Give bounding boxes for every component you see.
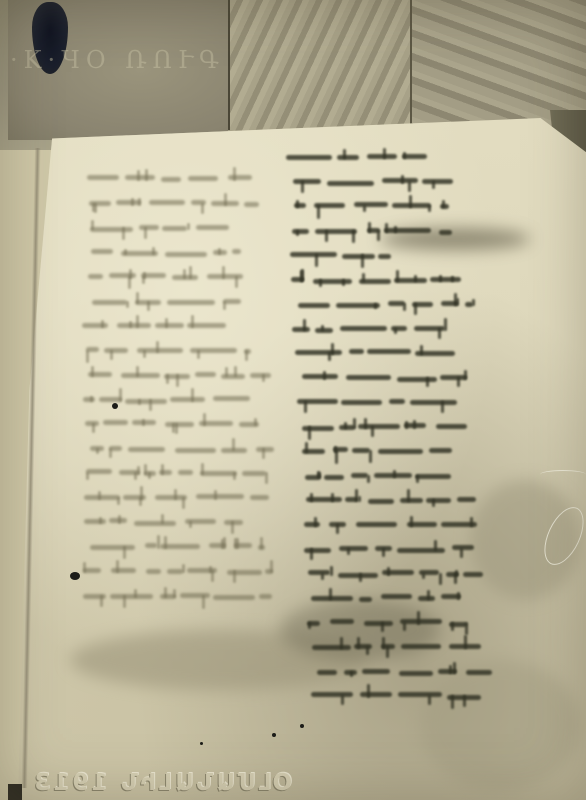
speck — [300, 724, 304, 728]
manuscript-line — [82, 438, 282, 463]
manuscript-line — [82, 340, 282, 365]
manuscript-line — [82, 291, 282, 316]
manuscript-line — [82, 536, 282, 561]
board-seam — [410, 0, 412, 130]
manuscript-line — [82, 560, 282, 585]
manuscript-line — [82, 168, 282, 193]
manuscript-line — [82, 315, 282, 340]
manuscript-line — [284, 489, 514, 514]
manuscript-line — [284, 244, 514, 269]
board-engraving: ·K·ЧՕ ՌՈՒԳ — [10, 46, 225, 74]
manuscript-line — [284, 220, 514, 245]
speck — [70, 572, 80, 580]
manuscript-line — [82, 462, 282, 487]
manuscript-line — [284, 636, 514, 661]
manuscript-line — [284, 367, 514, 392]
manuscript-line — [82, 389, 282, 414]
manuscript-line — [284, 661, 514, 686]
text-column-right — [284, 146, 514, 710]
speck — [112, 403, 118, 409]
manuscript-line — [284, 465, 514, 490]
manuscript-line — [82, 242, 282, 267]
manuscript-line — [82, 585, 282, 610]
board-seam — [228, 0, 230, 130]
manuscript-line — [284, 171, 514, 196]
manuscript-line — [284, 293, 514, 318]
manuscript-line — [284, 538, 514, 563]
manuscript-line — [284, 563, 514, 588]
manuscript-line — [284, 685, 514, 710]
manuscript-line — [284, 514, 514, 539]
manuscript-line — [284, 269, 514, 294]
speck — [272, 733, 276, 737]
manuscript-line — [82, 266, 282, 291]
manuscript-line — [284, 440, 514, 465]
emulsion-scratch — [540, 470, 586, 479]
manuscript-line — [82, 413, 282, 438]
manuscript-line — [284, 318, 514, 343]
manuscript-line — [82, 193, 282, 218]
manuscript-line — [284, 195, 514, 220]
text-column-left — [82, 168, 282, 609]
manuscript-photograph: ·K·ЧՕ ՌՈՒԳ ՕԼՄԱՆԱԼԻՆ 1913 — [0, 0, 586, 800]
manuscript-line — [284, 416, 514, 441]
speck — [200, 742, 203, 745]
manuscript-line — [284, 146, 514, 171]
manuscript-line — [284, 391, 514, 416]
manuscript-line — [82, 511, 282, 536]
manuscript-line — [284, 342, 514, 367]
manuscript-line — [82, 364, 282, 389]
embossed-stamp: ՕԼՄԱՆԱԼԻՆ 1913 — [31, 770, 292, 796]
board-panel-carved-middle — [230, 0, 410, 140]
photo-corner — [8, 784, 22, 800]
manuscript-line — [284, 612, 514, 637]
manuscript-line — [82, 217, 282, 242]
manuscript-line — [82, 487, 282, 512]
manuscript-line — [284, 587, 514, 612]
